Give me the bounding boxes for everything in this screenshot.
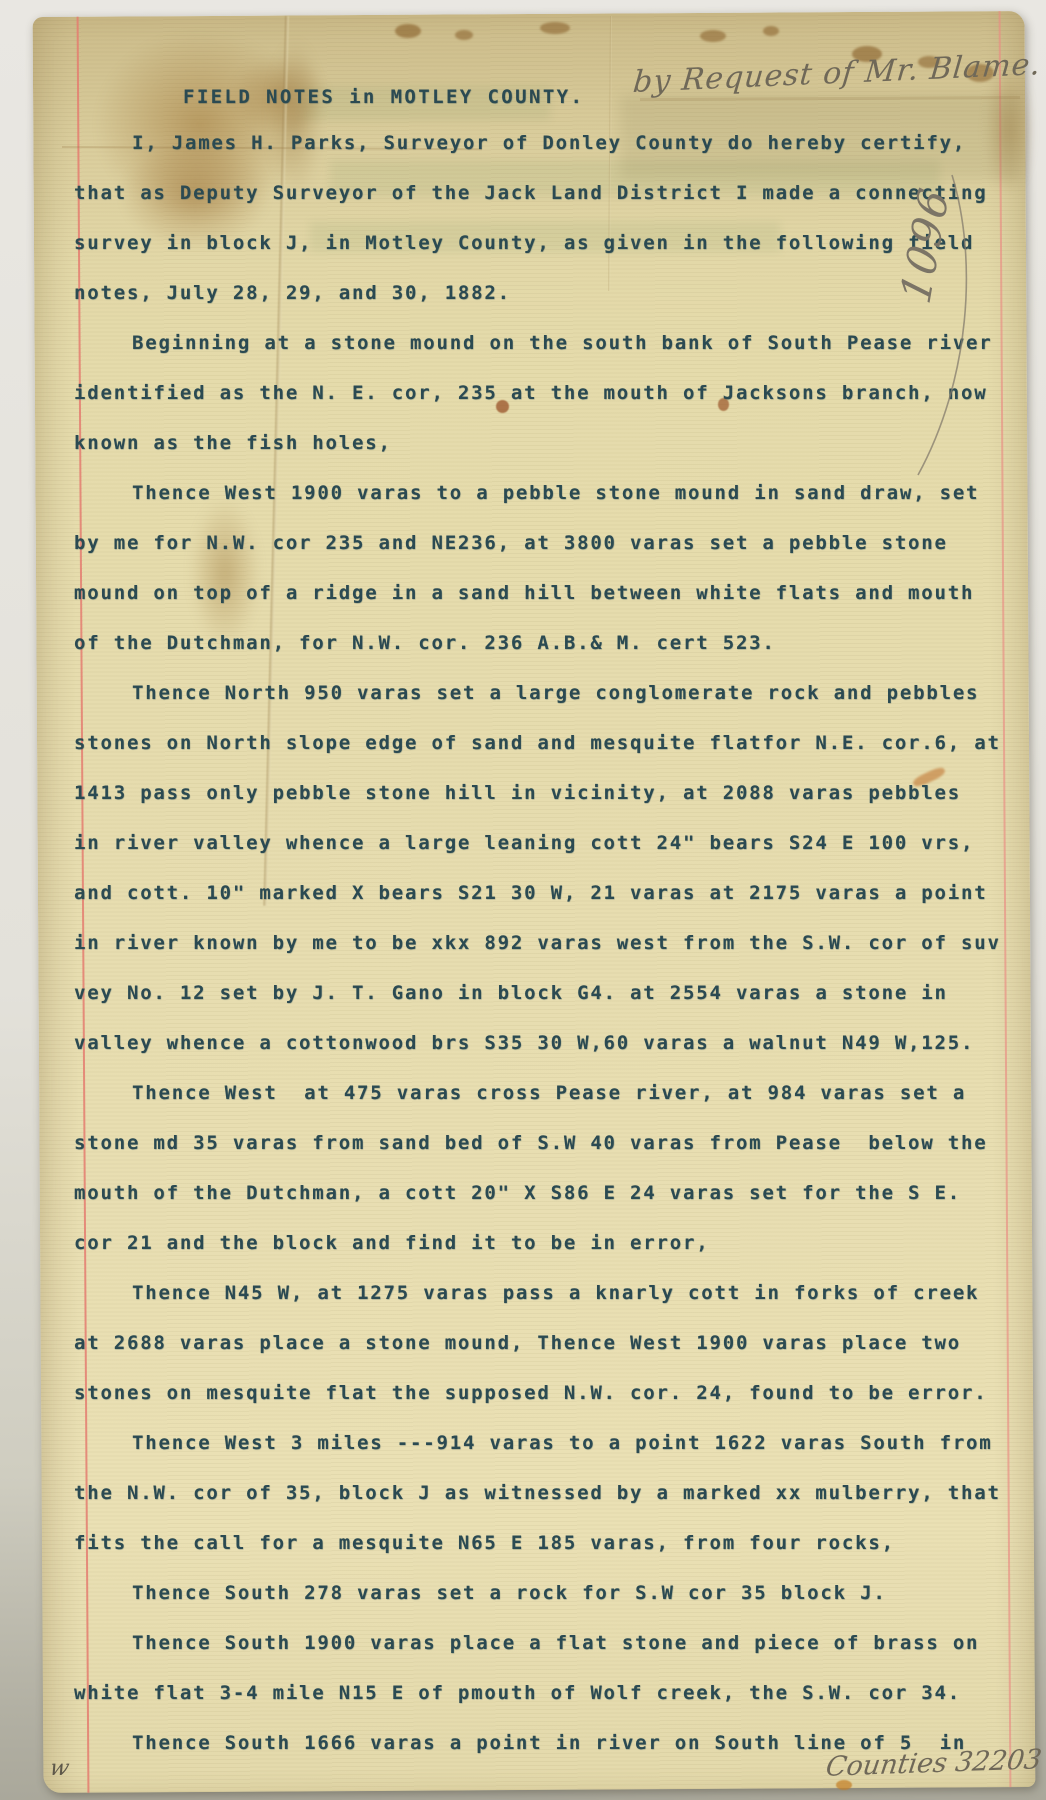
- typed-line: that as Deputy Surveyor of the Jack Land…: [74, 181, 988, 205]
- stain-speck: [455, 30, 473, 40]
- paper-stain: [268, 38, 323, 198]
- stain-speck: [395, 24, 421, 38]
- typed-line: Thence South 278 varas set a rock for S.…: [132, 1581, 887, 1605]
- typed-line: the N.W. cor of 35, block J as witnessed…: [74, 1481, 1001, 1505]
- typed-line: Thence North 950 varas set a large congl…: [132, 681, 979, 705]
- document-title: FIELD NOTES in MOTLEY COUNTY.: [183, 86, 584, 108]
- stain-speck: [540, 22, 570, 34]
- stain-speck: [700, 30, 726, 42]
- typed-line: in river valley whence a large leaning c…: [74, 831, 974, 855]
- typed-line: vey No. 12 set by J. T. Gano in block G4…: [74, 981, 948, 1005]
- typed-line: 1413 pass only pebble stone hill in vici…: [74, 781, 961, 805]
- typed-line: Beginning at a stone mound on the south …: [132, 331, 993, 355]
- scanned-document-page: FIELD NOTES in MOTLEY COUNTY. I, James H…: [0, 0, 1046, 1800]
- typed-line: stones on mesquite flat the supposed N.W…: [74, 1381, 988, 1405]
- typed-line: survey in block J, in Motley County, as …: [74, 231, 974, 255]
- typed-line: and cott. 10" marked X bears S21 30 W, 2…: [74, 881, 988, 905]
- typed-line: identified as the N. E. cor, 235 at the …: [74, 381, 988, 405]
- typed-line: notes, July 28, 29, and 30, 1882.: [74, 281, 511, 305]
- typed-line: Thence West 3 miles ---914 varas to a po…: [132, 1431, 993, 1455]
- typed-line: mouth of the Dutchman, a cott 20" X S86 …: [74, 1181, 961, 1205]
- typed-line: by me for N.W. cor 235 and NE236, at 380…: [74, 531, 948, 555]
- typed-line: Thence South 1900 varas place a flat sto…: [132, 1631, 979, 1655]
- typed-line: Thence West at 475 varas cross Pease riv…: [132, 1081, 966, 1105]
- typed-line: valley whence a cottonwood brs S35 30 W,…: [74, 1031, 974, 1055]
- typed-line: mound on top of a ridge in a sand hill b…: [74, 581, 974, 605]
- typed-line: of the Dutchman, for N.W. cor. 236 A.B.&…: [74, 631, 776, 655]
- typed-line: at 2688 varas place a stone mound, Thenc…: [74, 1331, 961, 1355]
- typed-line: cor 21 and the block and find it to be i…: [74, 1231, 709, 1255]
- typed-line: known as the fish holes,: [74, 431, 392, 455]
- typed-line: fits the call for a mesquite N65 E 185 v…: [74, 1531, 895, 1555]
- typed-line: Thence West 1900 varas to a pebble stone…: [132, 481, 979, 505]
- typed-line: I, James H. Parks, Surveyor of Donley Co…: [132, 131, 966, 155]
- paper-stain: [190, 498, 260, 648]
- typed-line: stone md 35 varas from sand bed of S.W 4…: [74, 1131, 988, 1155]
- typed-line: Thence N45 W, at 1275 varas pass a knarl…: [132, 1281, 979, 1305]
- typed-line: in river known by me to be xkx 892 varas…: [74, 931, 1001, 955]
- pencil-flourish-stroke: [880, 140, 1000, 500]
- typed-line: white flat 3-4 mile N15 E of pmouth of W…: [74, 1681, 961, 1705]
- stain-speck: [763, 26, 779, 36]
- typed-line: stones on North slope edge of sand and m…: [74, 731, 1001, 755]
